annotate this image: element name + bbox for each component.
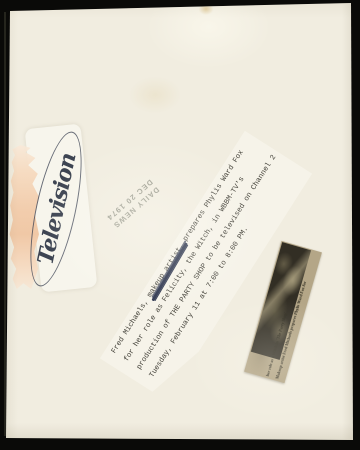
stamp-date-line: DEC 20 1974 [88,163,170,236]
stamp-org-line: DAILY NEWS [95,171,177,244]
date-stamp: DAILY NEWS DEC 20 1974 [75,148,177,244]
stain-mark [120,70,190,120]
scanned-photo-back: { "scan": { "label": "Television", "stam… [0,0,360,450]
paper-photo-verso: Television DAILY NEWS DEC 20 1974 Fred M… [0,0,360,450]
scan-edge-artifact [4,12,6,436]
stain-mark [196,1,216,17]
